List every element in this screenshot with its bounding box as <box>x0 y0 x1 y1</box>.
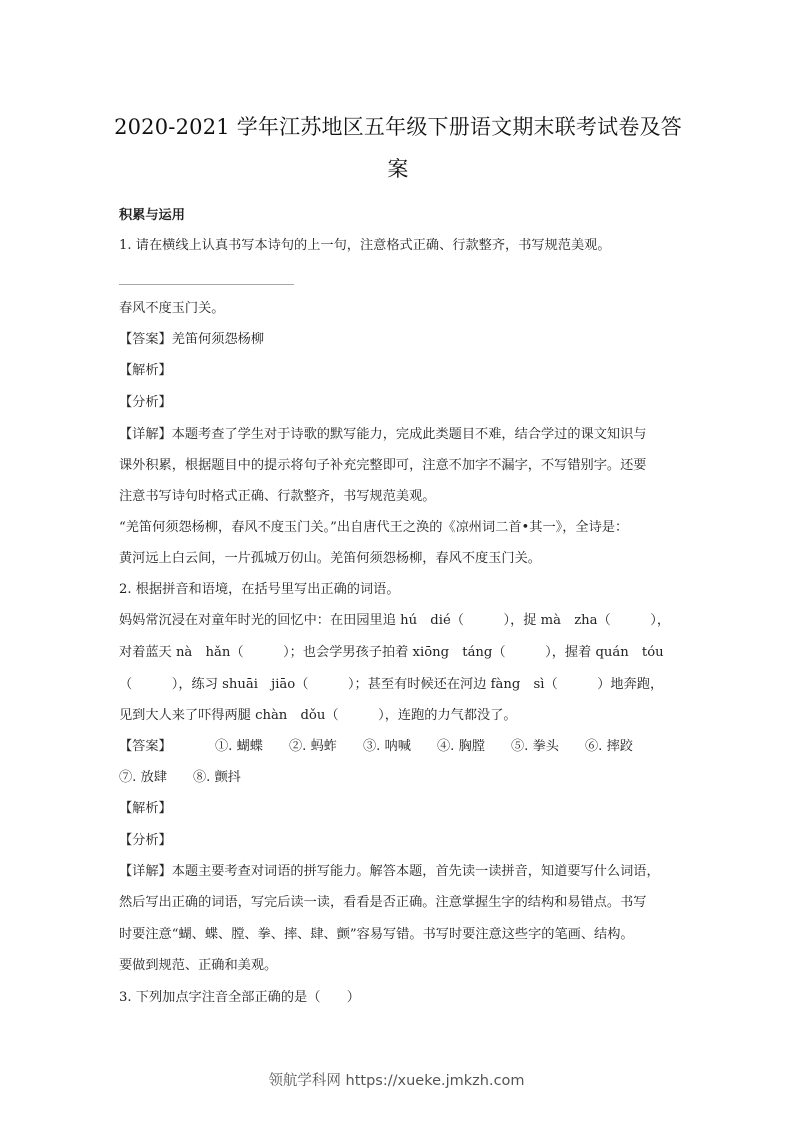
q2-prompt: 2. 根据拼音和语境，在括号里写出正确的词语。 <box>119 580 400 600</box>
q2-fenxi-label: 【分析】 <box>119 831 172 851</box>
q2-detail-line: 然后写出正确的词语，写完后读一读，看看是否正确。注意掌握生字的结构和易错点。书写 <box>119 893 647 913</box>
q2-answer-item: ⑥. 摔跤 <box>585 737 633 757</box>
q2-answer-item: ④. 胸膛 <box>437 737 511 757</box>
q1-detail-line: 【详解】本题考查了学生对于诗歌的默写能力，完成此类题目不难，结合学过的课文知识与 <box>119 425 647 445</box>
q2-detail-line: 要做到规范、正确和美观。 <box>119 956 277 976</box>
q2-answer-row-2: ⑦. 放肆⑧. 颤抖 <box>119 768 241 788</box>
q1-detail-line: 黄河远上白云间，一片孤城万仞山。羌笛何须怨杨柳，春风不度玉门关。 <box>119 549 541 569</box>
q1-detail-line: 注意书写诗句时格式正确、行款整齐，书写规范美观。 <box>119 487 436 507</box>
q1-detail-line: “羌笛何须怨杨柳，春风不度玉门关。”出自唐代王之涣的《凉州词二首•其一》，全诗是… <box>119 518 628 538</box>
q2-passage-line: 对着蓝天 nà hǎn（ ）；也会学男孩子拍着 xiōng táng（ ），握着… <box>119 643 664 663</box>
title-line-2: 案 <box>108 148 688 190</box>
q1-given-line: 春风不度玉门关。 <box>119 299 225 319</box>
q1-prompt: 1. 请在横线上认真书写本诗句的上一句，注意格式正确、行款整齐，书写规范美观。 <box>119 236 611 256</box>
q3-prompt: 3. 下列加点字注音全部正确的是（ ） <box>119 988 360 1008</box>
document-title: 2020-2021 学年江苏地区五年级下册语文期末联考试卷及答 案 <box>108 106 688 190</box>
section-heading: 积累与运用 <box>119 206 185 226</box>
q2-passage-line: （ ），练习 shuāi jiāo（ ）；甚至有时候还在河边 fàng sì（ … <box>119 675 663 695</box>
q2-detail-line: 【详解】本题主要考查对词语的拼写能力。解答本题，首先读一读拼音，知道要写什么词语… <box>119 862 660 882</box>
q2-answer-item: ②. 蚂蚱 <box>289 737 363 757</box>
title-line-1: 2020-2021 学年江苏地区五年级下册语文期末联考试卷及答 <box>108 106 688 148</box>
answer-blank-line <box>119 284 294 285</box>
q1-fenxi-label: 【分析】 <box>119 393 172 413</box>
q2-passage-line: 见到大人来了吓得两腿 chàn dǒu（ ），连跑的力气都没了。 <box>119 706 517 726</box>
q2-answer-item: ⑦. 放肆 <box>119 768 193 788</box>
footer-watermark: 领航学科网 https://xueke.jmkzh.com <box>0 1069 793 1090</box>
q1-jiexi-label: 【解析】 <box>119 361 172 381</box>
q1-detail-line: 课外积累，根据题目中的提示将句子补充完整即可，注意不加字不漏字，不写错别字。还要 <box>119 456 647 476</box>
q2-detail-line: 时要注意“蝴、蝶、膛、拳、摔、肆、颤”容易写错。书写时要注意这些字的笔画、结构。 <box>119 925 634 945</box>
q2-answer-label: 【答案】 <box>119 737 215 757</box>
q2-answer-row-1: 【答案】①. 蝴蝶②. 蚂蚱③. 呐喊④. 胸膛⑤. 拳头⑥. 摔跤 <box>119 737 633 757</box>
q2-answer-item: ①. 蝴蝶 <box>215 737 289 757</box>
q2-answer-item: ③. 呐喊 <box>363 737 437 757</box>
q2-answer-item: ⑧. 颤抖 <box>193 768 241 788</box>
q2-answer-item: ⑤. 拳头 <box>511 737 585 757</box>
q1-answer: 【答案】羌笛何须怨杨柳 <box>119 330 264 350</box>
q2-jiexi-label: 【解析】 <box>119 799 172 819</box>
q2-passage-line: 妈妈常沉浸在对童年时光的回忆中：在田园里追 hú dié（ ），捉 mà zha… <box>119 611 670 631</box>
